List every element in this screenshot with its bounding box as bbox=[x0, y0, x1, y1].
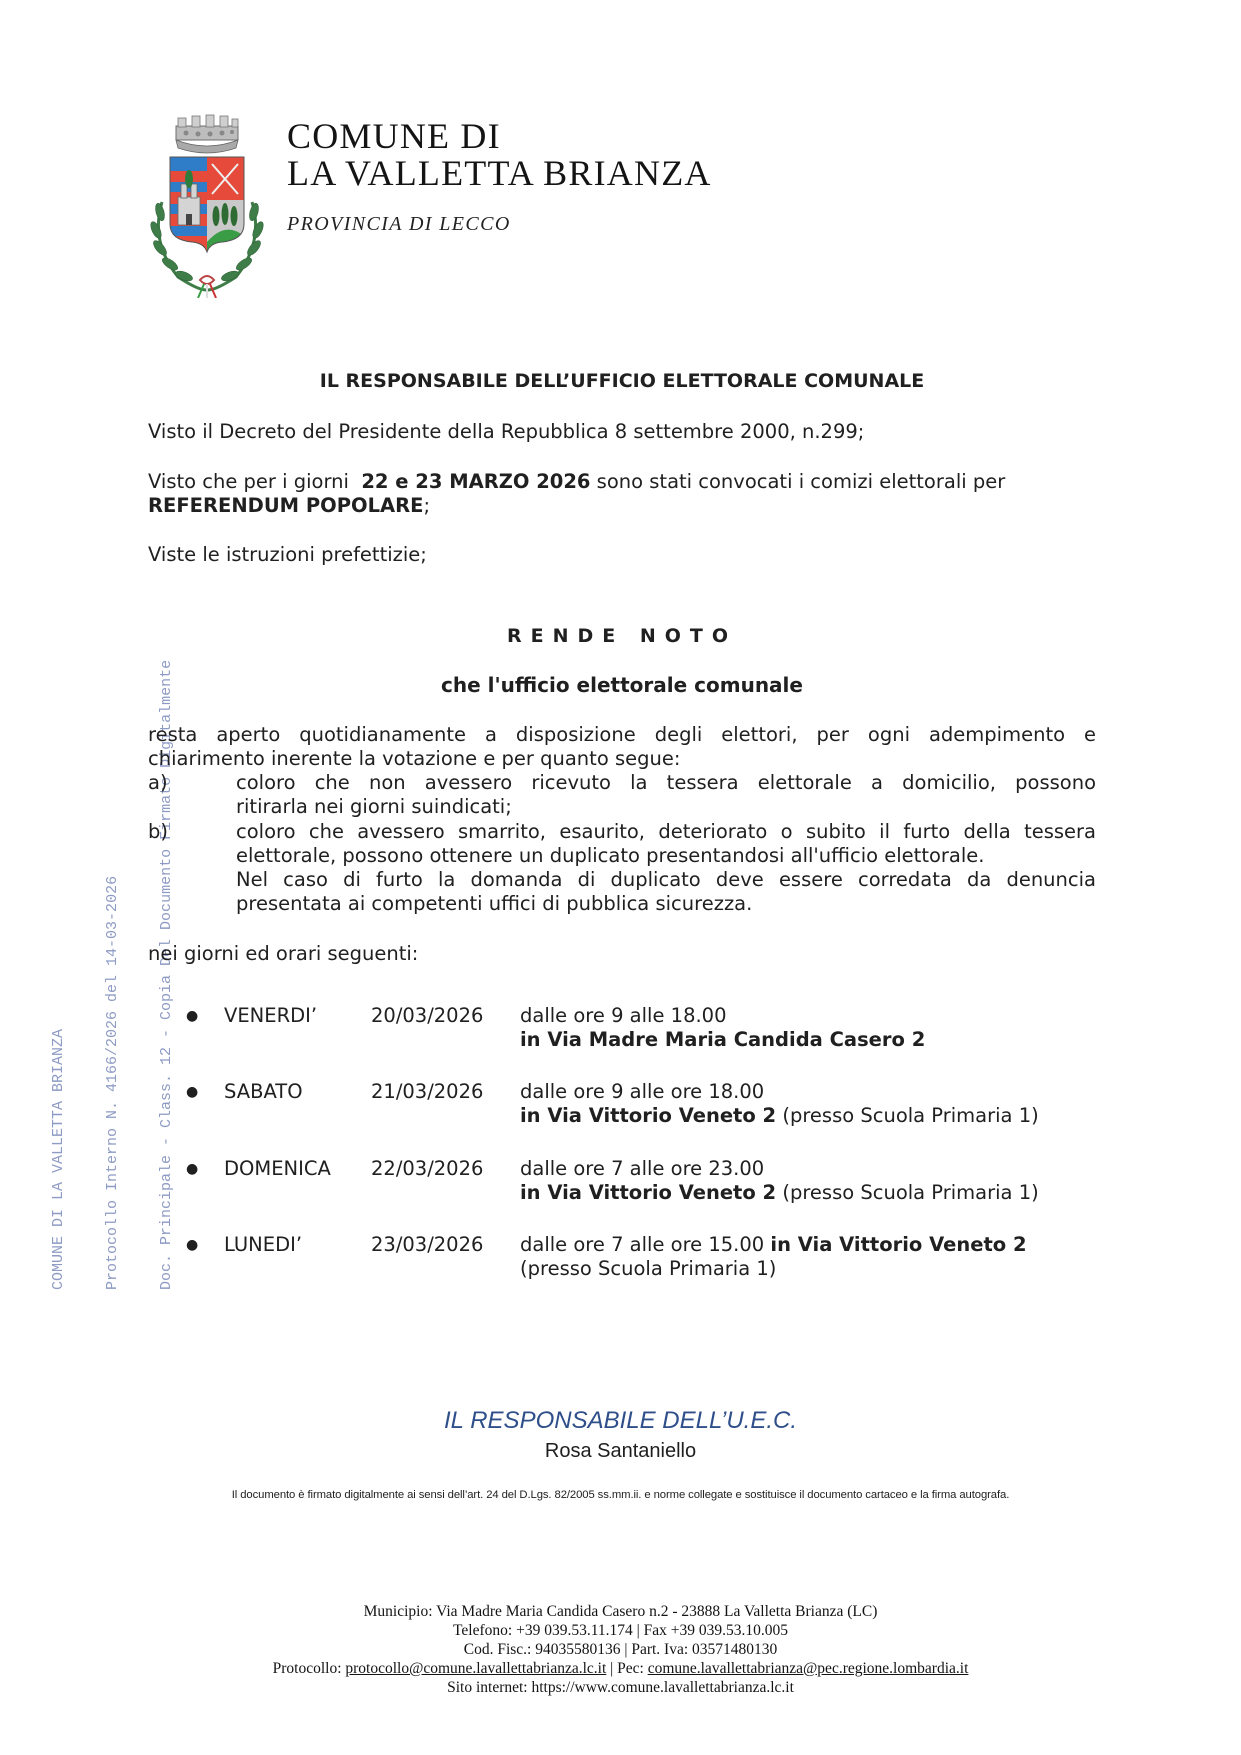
schedule-place: in Via Vittorio Veneto 2 (presso Scuola … bbox=[520, 1181, 1039, 1205]
intro-line-1: resta aperto quotidianamente a disposizi… bbox=[148, 723, 1096, 747]
schedule-date: 21/03/2026 bbox=[371, 1080, 483, 1104]
schedule-day: VENERDI’ bbox=[224, 1004, 317, 1028]
list-item-text-line: elettorale, possono ottenere un duplicat… bbox=[236, 844, 1096, 868]
list-item-label: b) bbox=[148, 820, 168, 844]
paragraph-viste-istruzioni: Viste le istruzioni prefettizie; bbox=[148, 543, 1096, 567]
paragraph-visto-giorni: Visto che per i giorni 22 e 23 MARZO 202… bbox=[148, 470, 1096, 494]
org-name-line-1: COMUNE DI bbox=[287, 118, 712, 154]
che-ufficio-subheading: che l'ufficio elettorale comunale bbox=[148, 673, 1096, 697]
schedule-intro: nei giorni ed orari seguenti: bbox=[148, 942, 1096, 966]
referendum-dates: 22 e 23 MARZO 2026 bbox=[361, 470, 590, 493]
schedule-hours: dalle ore 9 alle ore 18.00 bbox=[520, 1080, 764, 1104]
province-label: PROVINCIA DI LECCO bbox=[287, 213, 712, 236]
list-item-text-line: coloro che non avessero ricevuto la tess… bbox=[236, 771, 1096, 795]
footer-phone: Telefono: +39 039.53.11.174 | Fax +39 03… bbox=[0, 1621, 1241, 1640]
bullet-icon: ● bbox=[186, 1233, 198, 1257]
rende-noto-heading: RENDE NOTO bbox=[148, 624, 1096, 648]
schedule-hours: dalle ore 9 alle 18.00 bbox=[520, 1004, 726, 1028]
referendum-end: ; bbox=[423, 494, 430, 517]
schedule-address: in Via Vittorio Veneto 2 bbox=[520, 1104, 776, 1127]
schedule-day: DOMENICA bbox=[224, 1157, 331, 1181]
footer-email-line: Protocollo: protocollo@comune.lavalletta… bbox=[0, 1659, 1241, 1678]
schedule-place: in Via Madre Maria Candida Casero 2 bbox=[520, 1028, 925, 1052]
schedule-day: SABATO bbox=[224, 1080, 303, 1104]
protocollo-email-link[interactable]: protocollo@comune.lavallettabrianza.lc.i… bbox=[345, 1660, 606, 1677]
paragraph-referendum: REFERENDUM POPOLARE; bbox=[148, 494, 1096, 518]
footer-address: Municipio: Via Madre Maria Candida Caser… bbox=[0, 1602, 1241, 1621]
digital-signature-disclaimer: Il documento è firmato digitalmente ai s… bbox=[0, 1489, 1241, 1501]
visto-giorni-suffix: sono stati convocati i comizi elettorali… bbox=[590, 470, 1005, 493]
pec-email-link[interactable]: comune.lavallettabrianza@pec.regione.lom… bbox=[648, 1660, 969, 1677]
list-item-text-line: coloro che avessero smarrito, esaurito, … bbox=[236, 820, 1096, 844]
schedule-hours: dalle ore 7 alle ore 23.00 bbox=[520, 1157, 764, 1181]
schedule-day: LUNEDI’ bbox=[224, 1233, 302, 1257]
schedule-hours-text: dalle ore 7 alle ore 15.00 bbox=[520, 1233, 770, 1256]
paragraph-visto-decreto: Visto il Decreto del Presidente della Re… bbox=[148, 420, 1096, 444]
schedule-address: in Via Vittorio Veneto 2 bbox=[520, 1181, 776, 1204]
schedule-date: 20/03/2026 bbox=[371, 1004, 483, 1028]
schedule-address: in Via Madre Maria Candida Casero 2 bbox=[520, 1028, 925, 1051]
list-item-text-line: ritirarla nei giorni suindicati; bbox=[236, 795, 1096, 819]
referendum-subject: REFERENDUM POPOLARE bbox=[148, 494, 423, 517]
schedule-hours: dalle ore 7 alle ore 15.00 in Via Vittor… bbox=[520, 1233, 1027, 1257]
bullet-icon: ● bbox=[186, 1004, 198, 1028]
visto-giorni-prefix: Visto che per i giorni bbox=[148, 470, 361, 493]
footer-fiscal-codes: Cod. Fisc.: 94035580136 | Part. Iva: 035… bbox=[0, 1640, 1241, 1659]
schedule-place: in Via Vittorio Veneto 2 (presso Scuola … bbox=[520, 1104, 1039, 1128]
schedule-place-note: (presso Scuola Primaria 1) bbox=[520, 1257, 776, 1281]
footer-website: Sito internet: https://www.comune.lavall… bbox=[0, 1678, 1241, 1697]
list-item-text-line: presentata ai competenti uffici di pubbl… bbox=[236, 892, 1096, 916]
list-item-label: a) bbox=[148, 771, 168, 795]
municipality-letterhead: COMUNE DI LA VALLETTA BRIANZA PROVINCIA … bbox=[287, 118, 712, 236]
side-stamp-line-2: Protocollo Interno N. 4166/2026 del 14-0… bbox=[104, 660, 122, 1290]
signature-title: IL RESPONSABILE DELL’U.E.C. bbox=[0, 1407, 1241, 1435]
pec-label: | Pec: bbox=[606, 1660, 647, 1677]
schedule-place-note: (presso Scuola Primaria 1) bbox=[776, 1104, 1039, 1127]
intro-line-2: chiarimento inerente la votazione e per … bbox=[148, 747, 1096, 771]
org-name-line-2: LA VALLETTA BRIANZA bbox=[287, 155, 712, 191]
schedule-address: in Via Vittorio Veneto 2 bbox=[770, 1233, 1026, 1256]
bullet-icon: ● bbox=[186, 1080, 198, 1104]
bullet-icon: ● bbox=[186, 1157, 198, 1181]
list-item-text-line: Nel caso di furto la domanda di duplicat… bbox=[236, 868, 1096, 892]
signatory-name: Rosa Santaniello bbox=[0, 1440, 1241, 1463]
side-stamp-line-1: COMUNE DI LA VALLETTA BRIANZA bbox=[50, 660, 68, 1290]
schedule-date: 22/03/2026 bbox=[371, 1157, 483, 1181]
schedule-date: 23/03/2026 bbox=[371, 1233, 483, 1257]
document-heading: IL RESPONSABILE DELL’UFFICIO ELETTORALE … bbox=[148, 369, 1096, 393]
protocollo-label: Protocollo: bbox=[273, 1660, 346, 1677]
municipality-footer: Municipio: Via Madre Maria Candida Caser… bbox=[0, 1602, 1241, 1697]
coat-of-arms-icon bbox=[148, 112, 266, 298]
schedule-place-note: (presso Scuola Primaria 1) bbox=[776, 1181, 1039, 1204]
